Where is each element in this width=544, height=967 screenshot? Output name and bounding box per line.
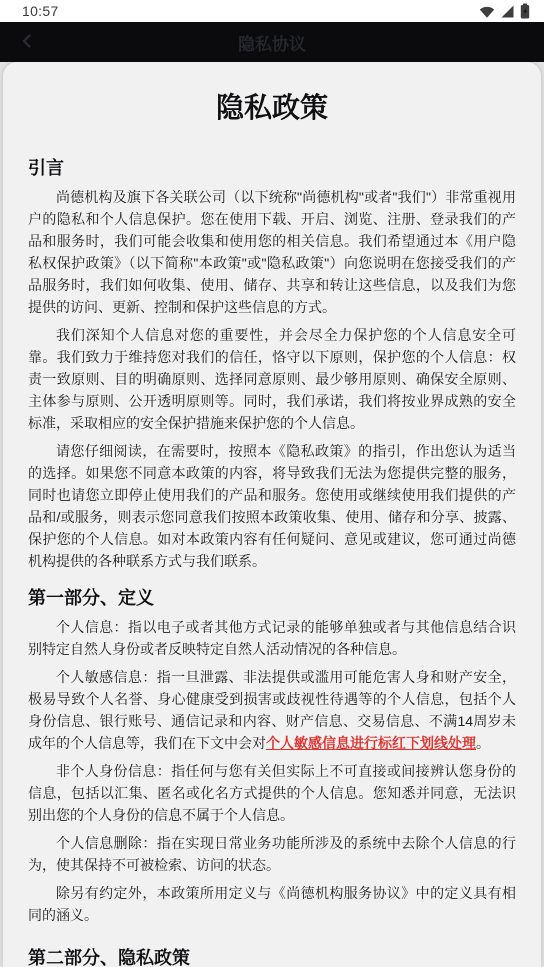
cellular-signal-icon — [500, 4, 515, 19]
battery-icon — [520, 3, 530, 19]
page-title: 隐私政策 — [28, 88, 516, 128]
paragraph: 非个人身份信息：指任何与您有关但实际上不可直接或间接辨认您身份的信息，包括以汇集… — [28, 760, 516, 826]
paragraph-text: 。 — [476, 735, 490, 751]
section-heading-intro: 引言 — [28, 156, 516, 180]
status-bar: 10:57 — [0, 0, 544, 22]
paragraph: 个人信息删除：指在实现日常业务功能所涉及的系统中去除个人信息的行为，使其保持不可… — [28, 832, 516, 876]
wifi-icon — [479, 4, 495, 19]
app-header: 隐私协议 — [0, 22, 544, 62]
paragraph: 个人信息：指以电子或者其他方式记录的能够单独或者与其他信息结合识别特定自然人身份… — [28, 616, 516, 660]
section-heading-privacy-policy: 第二部分、隐私政策 — [28, 946, 516, 967]
paragraph-sensitive-info: 个人敏感信息：指一旦泄露、非法提供或滥用可能危害人身和财产安全，极易导致个人名誉… — [28, 666, 516, 754]
paragraph: 尚德机构及旗下各关联公司（以下统称"尚德机构"或者"我们"）非常重视用户的隐私和… — [28, 186, 516, 318]
chevron-left-icon — [15, 29, 39, 56]
paragraph: 我们深知个人信息对您的重要性，并会尽全力保护您的个人信息安全可靠。我们致力于维持… — [28, 324, 516, 434]
section-heading-definitions: 第一部分、定义 — [28, 586, 516, 610]
back-button[interactable] — [6, 22, 48, 62]
sensitive-info-highlight: 个人敏感信息进行标红下划线处理 — [266, 735, 476, 751]
paragraph: 请您仔细阅读，在需要时，按照本《隐私政策》的指引，作出您认为适当的选择。如果您不… — [28, 440, 516, 572]
status-time: 10:57 — [22, 3, 59, 19]
status-icons — [479, 3, 530, 19]
paragraph: 除另有约定外，本政策所用定义与《尚德机构服务协议》中的定义具有相同的涵义。 — [28, 882, 516, 926]
header-title: 隐私协议 — [238, 30, 306, 55]
policy-scroll-area[interactable]: 隐私政策 引言 尚德机构及旗下各关联公司（以下统称"尚德机构"或者"我们"）非常… — [3, 62, 541, 967]
